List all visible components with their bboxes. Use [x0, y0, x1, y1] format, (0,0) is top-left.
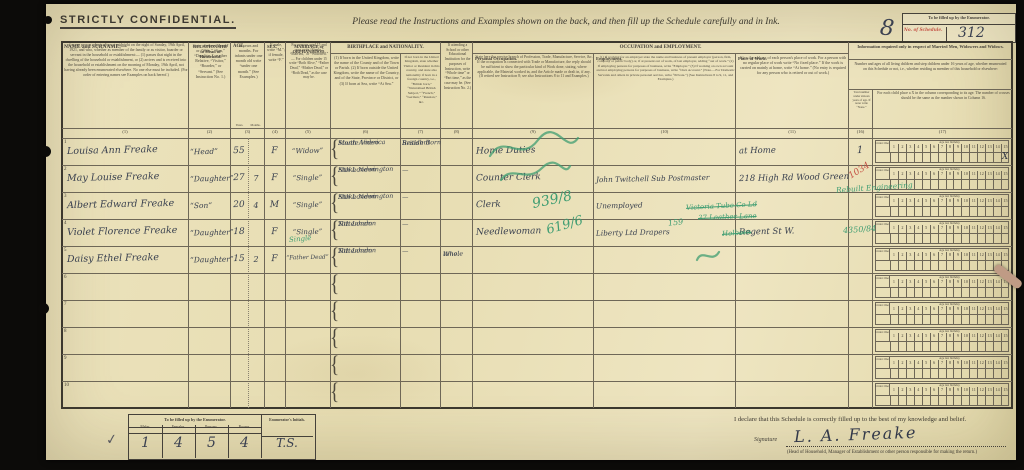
age-grid-box-line [906, 314, 907, 325]
age-grid-number: 1 [890, 171, 898, 179]
age-grid-box-line [977, 260, 978, 271]
age-grid-box-line [922, 152, 923, 163]
age-grid-number: 5 [922, 306, 930, 314]
age-grid-box-line [946, 287, 947, 298]
column-number-12: (16) [848, 129, 872, 138]
header-occupation-body: State here the precise branch of Profess… [475, 55, 593, 79]
age-grid-number: 6 [930, 171, 938, 179]
age-grid-number: 2 [898, 279, 906, 287]
age-grid-number: 9 [953, 144, 961, 152]
age-grid-box-line [890, 395, 891, 406]
age-grid-number: 5 [922, 387, 930, 395]
age-grid-number: 11 [969, 225, 977, 233]
age-grid-number: 5 [922, 198, 930, 206]
line: Nth London [338, 248, 376, 256]
age-grid-box-line [930, 341, 931, 352]
header-children-grid-body: For each child place a X in the column c… [875, 91, 1012, 101]
age-grid-number: 3 [906, 387, 914, 395]
age-grid-box-line [946, 341, 947, 352]
row-1-total-children: 1 [848, 145, 872, 157]
instruction-line: Please read the Instructions and Example… [326, 17, 806, 27]
age-grid-number: 3 [906, 198, 914, 206]
column-number-9: (9) [472, 129, 593, 138]
age-grid-number: 13 [985, 225, 993, 233]
age-grid-number: 8 [946, 279, 954, 287]
age-grid-under-one: Under One [875, 356, 890, 368]
age-grid-box-line [930, 260, 931, 271]
signature-value: L. A. Freake [794, 423, 918, 446]
age-grid-number: 15 [1001, 225, 1009, 233]
age-grid-number: 10 [961, 144, 969, 152]
age-grid-number: 7 [938, 171, 946, 179]
line: British Born [402, 140, 441, 148]
age-grid-number: 2 [898, 225, 906, 233]
age-grid-number: 2 [898, 333, 906, 341]
age-grid-box-line [922, 206, 923, 217]
age-grid-box-line [985, 260, 986, 271]
declaration-text: I declare that this Schedule is correctl… [734, 416, 1024, 423]
row-2-age-months: 7 [248, 174, 264, 183]
age-grid-box-line [914, 368, 915, 379]
age-grid-number: 7 [938, 360, 946, 368]
row-4-relationship: “Daughter” [190, 228, 234, 238]
row-3-employment: Unemployed [596, 201, 643, 211]
signature-row: Signature L. A. Freake [746, 427, 1022, 449]
age-grid-number: 10 [961, 279, 969, 287]
age-grid-box-line [977, 314, 978, 325]
age-grid-number: 12 [977, 387, 985, 395]
header-marriage-body: For persons aged 15 and over write “Sing… [288, 43, 330, 80]
age-months-sub: Months. [248, 123, 263, 127]
age-grid-number: 7 [938, 333, 946, 341]
signature-label: Signature [754, 437, 777, 443]
age-grid-box-line [961, 206, 962, 217]
age-grid-number: 13 [985, 171, 993, 179]
age-grid-number: 6 [930, 252, 938, 260]
age-grid-line [875, 395, 1009, 396]
age-grid-number: 6 [930, 225, 938, 233]
row-line [62, 327, 1012, 328]
age-grid-line [875, 233, 1009, 234]
age-grid-box-line [961, 152, 962, 163]
header-birthplace-group: BIRTHPLACE and NATIONALITY. [330, 42, 440, 54]
age-grid-box-line [1001, 368, 1002, 379]
schedule-side-mark: 8 [879, 15, 896, 41]
age-grid-box-line [961, 341, 962, 352]
line: South America [338, 140, 385, 148]
age-grid-number: 9 [953, 360, 961, 368]
age-grid-number: 4 [914, 360, 922, 368]
age-grid-number: 8 [946, 306, 954, 314]
age-grid-box-line [953, 206, 954, 217]
age-grid-box-line [985, 152, 986, 163]
age-grid-number: 4 [914, 387, 922, 395]
age-grid-box-line [914, 287, 915, 298]
age-grid-under-one: Under One [875, 140, 890, 152]
header-sex: SEX.If male, write “M.”; if female, writ… [264, 42, 285, 128]
row-5-age-months: 2 [248, 255, 264, 264]
age-grid-number: 11 [969, 252, 977, 260]
column-number-10: (10) [593, 129, 735, 138]
age-grid-number: 12 [977, 360, 985, 368]
age-grid-number: 3 [906, 333, 914, 341]
row-4-sex: F [264, 227, 285, 237]
row-line [62, 273, 1012, 274]
age-grid-box-line [961, 395, 962, 406]
age-grid-box-line [993, 233, 994, 244]
age-grid-under-one: Under One [875, 194, 890, 206]
age-grid-box-line [953, 152, 954, 163]
age-grid-box-line [1001, 206, 1002, 217]
line: Nth London [338, 167, 376, 175]
strictly-confidential-heading: STRICTLY CONFIDENTIAL. [60, 14, 236, 29]
age-grid-box-line [890, 287, 891, 298]
enumerator-count-box: To be filled up by the Enumerator. Males… [128, 414, 316, 460]
header-occupation-group: OCCUPATION and EMPLOYMENT. [472, 42, 848, 54]
row-4-marriage: “Single” [285, 228, 330, 237]
age-grid-number: 1 [890, 360, 898, 368]
line: Nth London [338, 221, 376, 229]
row-2-age-years: 27 [230, 173, 248, 183]
age-grid-box-line [906, 233, 907, 244]
age-grid-number: 13 [985, 333, 993, 341]
age-grid-box-line [930, 206, 931, 217]
age-grid-number: 4 [914, 252, 922, 260]
age-grid-number: 2 [898, 198, 906, 206]
age-grid-box-line [946, 179, 947, 190]
age-grid-box-line [906, 287, 907, 298]
age-grid-box-line [985, 314, 986, 325]
age-grid-box-line [930, 395, 931, 406]
row-4-employment: Liberty Ltd Drapers [596, 227, 670, 238]
age-grid-box-line [906, 179, 907, 190]
age-grid-number: 13 [985, 252, 993, 260]
age-grid-line [875, 206, 1009, 207]
age-grid-box-line [914, 395, 915, 406]
age-grid-box-line [898, 233, 899, 244]
header-marriage: MARRIAGE or ORPHANHOOD.For persons aged … [285, 42, 330, 128]
age-grid-number: 8 [946, 144, 954, 152]
row-5-sex: F [264, 254, 285, 264]
age-grid-number: 12 [977, 144, 985, 152]
row-line [62, 219, 1012, 220]
age-grid-box-line [993, 287, 994, 298]
row-line [62, 165, 1012, 166]
age-grid-under-one: Under One [875, 167, 890, 179]
line: — [402, 168, 408, 175]
age-grid-box-line [906, 206, 907, 217]
age-grid-box-line [969, 152, 970, 163]
row-1-name: Louisa Ann Freake [67, 144, 158, 157]
age-grid-box-line [890, 314, 891, 325]
schedule-number-box: To be filled up by the Enumerator. No. o… [902, 13, 1016, 43]
age-grid-number: 13 [985, 306, 993, 314]
age-grid-number: 14 [993, 144, 1001, 152]
age-grid-number: 14 [993, 225, 1001, 233]
age-grid-number: 6 [930, 333, 938, 341]
age-grid-box-line [930, 314, 931, 325]
age-grid-box-line [906, 395, 907, 406]
header-school-body: If attending a School or other Education… [443, 43, 472, 90]
enumerator-initials-value: T.S. [261, 433, 313, 450]
age-grid-box-line [1001, 395, 1002, 406]
age-grid-number: 1 [890, 252, 898, 260]
age-grid-box-line [914, 179, 915, 190]
schedule-no-label: No. of Schedule. [904, 27, 947, 42]
row-10-brace: { [330, 380, 339, 406]
age-grid-number: 11 [969, 279, 977, 287]
row-1-marriage: “Widow” [285, 147, 330, 156]
males-count: 1 [129, 433, 163, 458]
age-grid-number: 12 [977, 225, 985, 233]
row-2-name: May Louise Freake [67, 171, 159, 184]
header-employment: Employment.(1) If working for an employe… [593, 54, 735, 128]
age-grid-box-line [961, 368, 962, 379]
age-grid-number: 2 [898, 306, 906, 314]
punch-hole [38, 303, 49, 314]
row-8-number: 8 [64, 329, 74, 334]
age-grid-box-line [961, 233, 962, 244]
age-grid-number: 4 [914, 225, 922, 233]
age-grid-box-line [985, 287, 986, 298]
age-grid-box-line [969, 314, 970, 325]
age-grid-box-line [993, 395, 994, 406]
age-grid-box-line [1001, 341, 1002, 352]
age-grid-box-line [969, 179, 970, 190]
age-grid-box-line [898, 368, 899, 379]
header-sex-body: If male, write “M.”; if female, write “F… [267, 43, 285, 63]
line: — [402, 195, 408, 202]
age-grid-box-line [922, 314, 923, 325]
row-1-occupation: Home Duties [476, 145, 536, 156]
age-grid-box-line [985, 341, 986, 352]
age-grid-number: 10 [961, 306, 969, 314]
age-grid-number: 5 [922, 360, 930, 368]
age-years-sub: Years. [231, 123, 248, 127]
age-grid-number: 1 [890, 198, 898, 206]
row-10-number: 10 [64, 383, 74, 388]
age-grid-box-line [953, 287, 954, 298]
age-grid-number: 9 [953, 252, 961, 260]
age-grid-box-line [977, 287, 978, 298]
row-8-brace: { [330, 326, 339, 352]
age-grid-box-line [946, 314, 947, 325]
age-grid-number: 11 [969, 333, 977, 341]
age-grid-box-line [946, 260, 947, 271]
line: time. [443, 251, 459, 259]
age-grid-number: 10 [961, 252, 969, 260]
row-line [62, 192, 1012, 193]
age-grid-number: 5 [922, 279, 930, 287]
header-place-of-work: Place of Work.Give the address of each p… [735, 54, 848, 128]
age-grid-number: 4 [914, 171, 922, 179]
row-1-age-cross: X [1000, 152, 1010, 163]
age-grid-box-line [906, 152, 907, 163]
age-grid-box-line [946, 368, 947, 379]
age-grid-number: 3 [906, 144, 914, 152]
row-4-name: Violet Florence Freake [67, 225, 178, 238]
age-grid-box-line [930, 179, 931, 190]
row-5-age-years: 15 [230, 254, 248, 264]
age-grid-number: 13 [985, 144, 993, 152]
header-name-body: of every person who is alive at midnight… [64, 43, 188, 78]
row-3-age-years: 20 [230, 200, 248, 210]
age-grid-number: 9 [953, 198, 961, 206]
age-grid-number: 6 [930, 360, 938, 368]
row-9-brace: { [330, 353, 339, 379]
age-grid-box-line [993, 341, 994, 352]
age-grid-number: 4 [914, 198, 922, 206]
age-grid-number: 15 [1001, 387, 1009, 395]
age-grid-box-line [977, 368, 978, 379]
row-3-relationship: “Son” [190, 201, 212, 210]
age-grid-box-line [890, 179, 891, 190]
row-1-relationship: “Head” [190, 147, 218, 157]
header-total-children-body: Total number under sixteen years of age.… [851, 91, 872, 110]
age-grid-box-line [961, 179, 962, 190]
row-3-occupation: Clerk [476, 200, 501, 211]
age-grid-box-line [961, 287, 962, 298]
age-grid-box-line [938, 152, 939, 163]
age-grid-box-line [930, 287, 931, 298]
row-2-employment: John Twitchell Sub Postmaster [596, 173, 710, 184]
header-name: NAME and SURNAME:—of every person who is… [62, 42, 188, 128]
age-grid-number: 15 [1001, 360, 1009, 368]
age-grid-number: 13 [985, 360, 993, 368]
age-grid-number: 7 [938, 225, 946, 233]
age-grid-number: 5 [922, 333, 930, 341]
age-grid-number: 11 [969, 171, 977, 179]
age-grid-number: 12 [977, 252, 985, 260]
age-grid-number: 12 [977, 198, 985, 206]
age-grid-number: 4 [914, 333, 922, 341]
age-grid-number: 11 [969, 198, 977, 206]
age-grid-box-line [977, 206, 978, 217]
row-9-number: 9 [64, 356, 74, 361]
age-grid-box-line [890, 368, 891, 379]
row-7-number: 7 [64, 302, 74, 307]
age-grid-box-line [953, 341, 954, 352]
column-number-4: (4) [264, 129, 285, 138]
age-grid-line [875, 287, 1009, 288]
punch-hole [44, 16, 52, 24]
age-grid-number: 3 [906, 171, 914, 179]
age-grid-under-one: Under One [875, 383, 890, 395]
age-grid-box-line [969, 287, 970, 298]
age-grid-box-line [969, 206, 970, 217]
row-1-place-of-work: at Home [739, 146, 776, 157]
age-grid-box-line [1001, 287, 1002, 298]
column-number-3: (3) [230, 129, 264, 138]
age-grid-box-line [953, 395, 954, 406]
header-occupation: Personal Occupation.State here the preci… [472, 54, 593, 128]
age-grid-box-line [1001, 314, 1002, 325]
age-grid-box-line [898, 314, 899, 325]
row-3-name: Albert Edward Freake [67, 198, 174, 211]
age-grid-number: 4 [914, 306, 922, 314]
age-grid-box-line [938, 395, 939, 406]
age-grid-number: 2 [898, 360, 906, 368]
row-7-brace: { [330, 299, 339, 325]
row-1-sex: F [264, 146, 285, 156]
age-grid-box-line [961, 260, 962, 271]
age-grid-box-line [993, 152, 994, 163]
age-grid-box-line [930, 233, 931, 244]
age-grid-number: 4 [914, 279, 922, 287]
age-grid-box-line [969, 233, 970, 244]
age-grid-number: 6 [930, 279, 938, 287]
age-grid-box-line [985, 395, 986, 406]
age-grid-box-line [914, 314, 915, 325]
schedule-box-title: To be filled up by the Enumerator. [903, 14, 1015, 25]
age-grid-number: 4 [914, 144, 922, 152]
age-grid-under-one: Under One [875, 221, 890, 233]
age-grid-number: 10 [961, 387, 969, 395]
header-married-info-body: Number and ages of all living children a… [848, 60, 1012, 90]
age-grid-box-line [969, 395, 970, 406]
age-grid-number: 5 [922, 252, 930, 260]
line: Nth London [338, 194, 376, 202]
rooms-count: 4 [228, 433, 262, 458]
age-grid-box-line [938, 341, 939, 352]
line: — [402, 249, 408, 256]
row-5-number: 5 [64, 248, 74, 253]
age-grid-box-line [946, 395, 947, 406]
age-grid-line [875, 368, 1009, 369]
census-schedule-paper: STRICTLY CONFIDENTIAL. Please read the I… [46, 4, 1016, 460]
column-number-2: (2) [188, 129, 230, 138]
age-grid-box-line [914, 260, 915, 271]
age-grid-box-line [985, 368, 986, 379]
age-grid-box-line [906, 368, 907, 379]
age-grid-number: 12 [977, 279, 985, 287]
signature-note: (Head of Household, Manager of Establish… [734, 450, 1024, 455]
row-6-brace: { [330, 272, 339, 298]
age-grid-number: 3 [906, 252, 914, 260]
age-grid-box-line [898, 152, 899, 163]
age-grid-box-line [898, 179, 899, 190]
header-place-of-work-body: Give the address of each person's place … [738, 55, 848, 75]
age-grid-line [875, 260, 1009, 261]
age-grid-number: 9 [953, 306, 961, 314]
row-2-place-of-work: 218 High Rd Wood Green [739, 172, 849, 184]
age-grid-box-line [985, 179, 986, 190]
age-grid-box-line [946, 206, 947, 217]
age-grid-box-line [898, 287, 899, 298]
age-grid-box-line [930, 152, 931, 163]
age-grid-number: 1 [890, 387, 898, 395]
age-grid-box-line [922, 179, 923, 190]
enumerator-checkmark: ✓ [105, 431, 119, 449]
age-grid-number: 12 [977, 171, 985, 179]
age-grid-number: 14 [993, 333, 1001, 341]
age-grid-number: 2 [898, 144, 906, 152]
signature-line [786, 446, 1006, 447]
age-grid-box-line [938, 287, 939, 298]
age-grid-box-line [938, 206, 939, 217]
age-grid-number: 8 [946, 171, 954, 179]
age-grid-number: 7 [938, 279, 946, 287]
column-number-6: (6) [330, 129, 400, 138]
row-3-marriage: “Single” [285, 201, 330, 210]
photo-background: STRICTLY CONFIDENTIAL. Please read the I… [0, 0, 1024, 470]
age-grid-number: 6 [930, 387, 938, 395]
age-grid-number: 8 [946, 225, 954, 233]
age-grid-box-line [898, 395, 899, 406]
row-5-relationship: “Daughter” [190, 255, 234, 265]
age-grid-box-line [922, 368, 923, 379]
age-grid-box-line [977, 395, 978, 406]
